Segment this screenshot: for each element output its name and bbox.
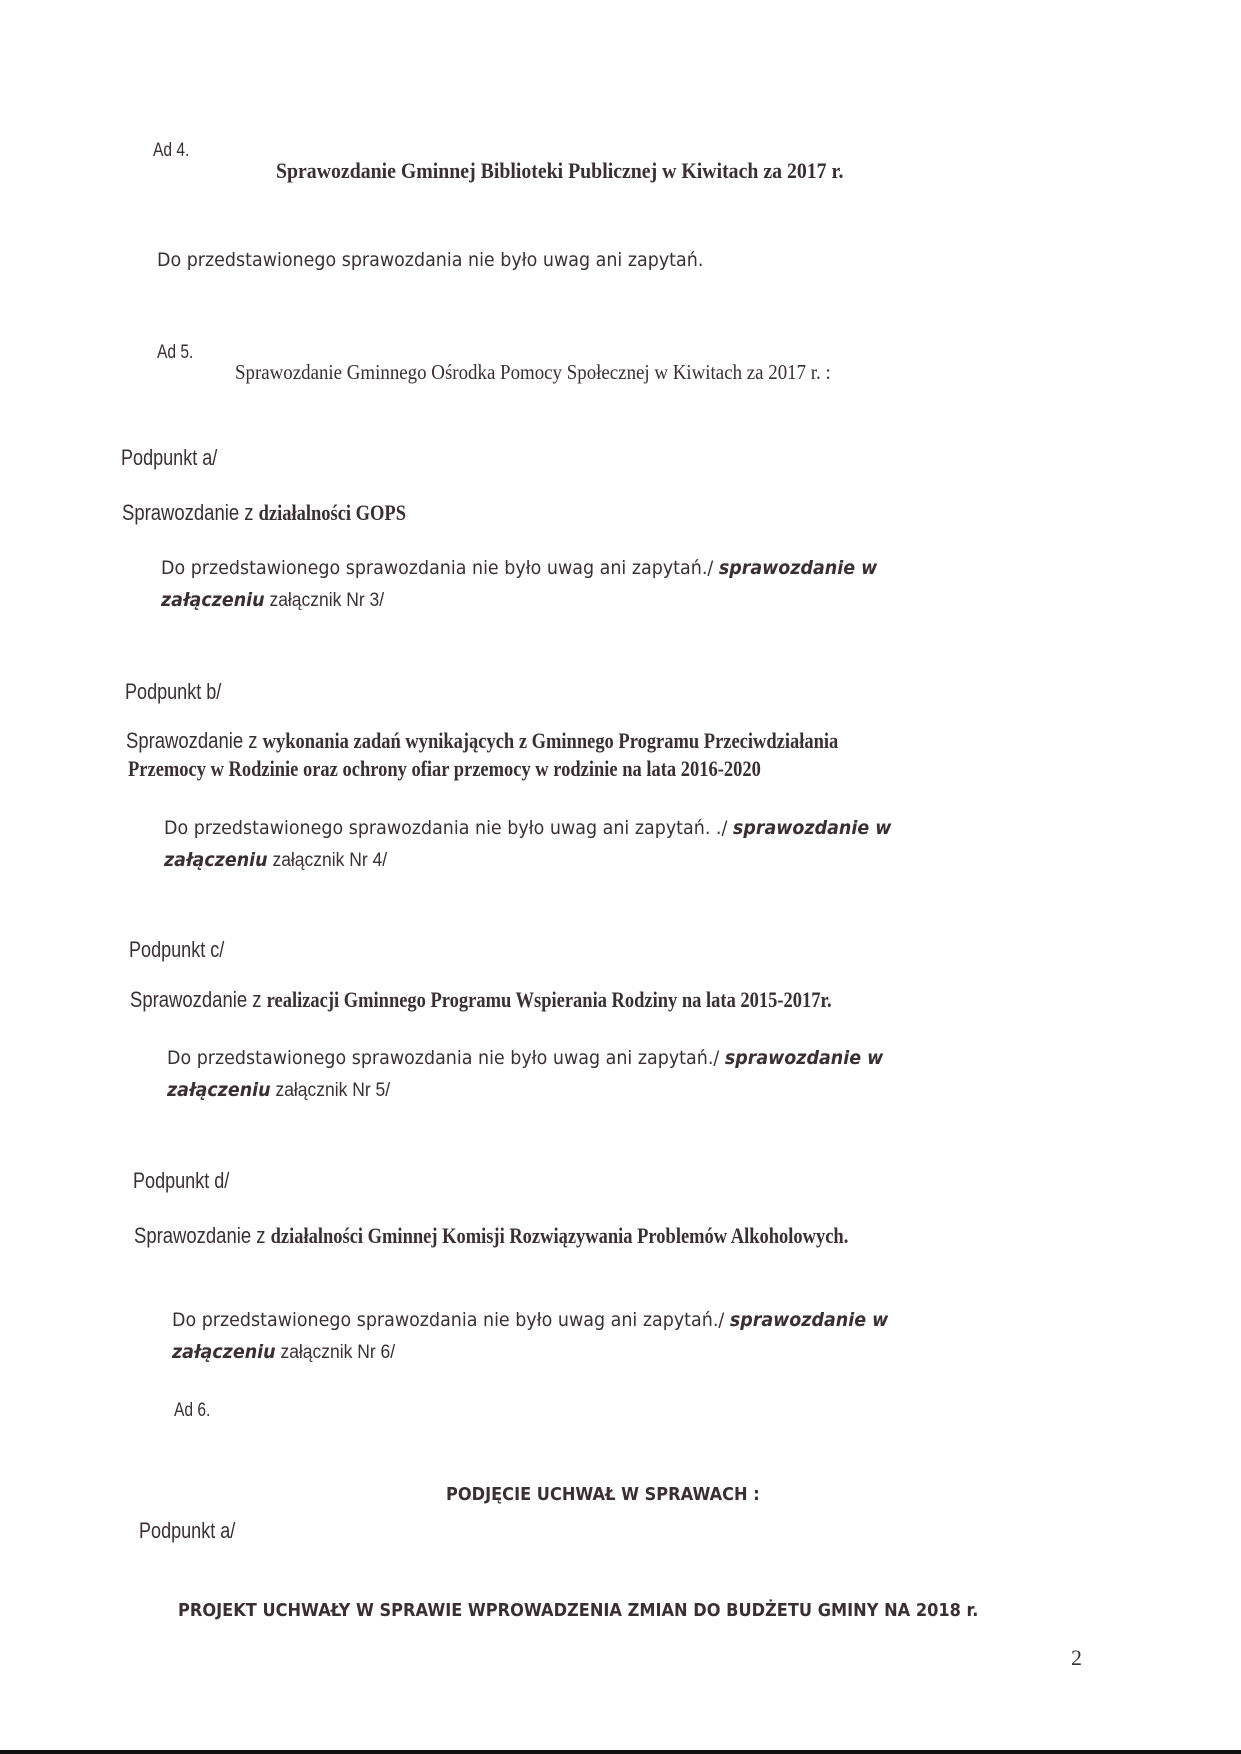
section-title-library-report: Sprawozdanie Gminnej Biblioteki Publiczn…	[276, 158, 843, 184]
attachment-ref: załącznik Nr 3/	[265, 590, 384, 611]
subpoint-label-ad6-a: Podpunkt a/	[139, 1518, 235, 1544]
subpoint-label-d: Podpunkt d/	[133, 1168, 229, 1194]
section-label-ad5: Ad 5.	[157, 342, 193, 364]
scan-border	[0, 1750, 1241, 1754]
section-title-gops-report: Sprawozdanie Gminnego Ośrodka Pomocy Spo…	[235, 360, 831, 385]
subpoint-body-c: Do przedstawionego sprawozdania nie było…	[167, 1042, 883, 1107]
heading-lead: Sprawozdanie z	[122, 500, 259, 525]
subpoint-body-d: Do przedstawionego sprawozdania nie było…	[172, 1304, 888, 1369]
subpoint-label-a: Podpunkt a/	[121, 445, 217, 471]
subpoint-body-a: Do przedstawionego sprawozdania nie było…	[161, 552, 877, 617]
subpoint-heading-c: Sprawozdanie z realizacji Gminnego Progr…	[130, 987, 832, 1013]
subpoint-label-c: Podpunkt c/	[129, 937, 224, 963]
section-label-ad4: Ad 4.	[153, 140, 189, 162]
page-number: 2	[1071, 1645, 1082, 1671]
subpoint-heading-d: Sprawozdanie z działalności Gminnej Komi…	[134, 1223, 848, 1249]
subpoint-heading-b: Sprawozdanie z wykonania zadań wynikając…	[126, 728, 838, 754]
section-label-ad6: Ad 6.	[174, 1400, 210, 1422]
section-title-resolutions: PODJĘCIE UCHWAŁ W SPRAWACH :	[446, 1484, 760, 1505]
subpoint-heading-b-line2: Przemocy w Rodzinie oraz ochrony ofiar p…	[128, 756, 761, 782]
subpoint-heading-a: Sprawozdanie z działalności GOPS	[122, 500, 406, 526]
subpoint-label-b: Podpunkt b/	[125, 679, 221, 705]
section-body-ad4: Do przedstawionego sprawozdania nie było…	[157, 244, 703, 276]
subpoint-body-b: Do przedstawionego sprawozdania nie było…	[164, 812, 891, 877]
heading-rest: działalności GOPS	[259, 500, 406, 525]
resolution-title-budget: PROJEKT UCHWAŁY W SPRAWIE WPROWADZENIA Z…	[178, 1600, 978, 1621]
